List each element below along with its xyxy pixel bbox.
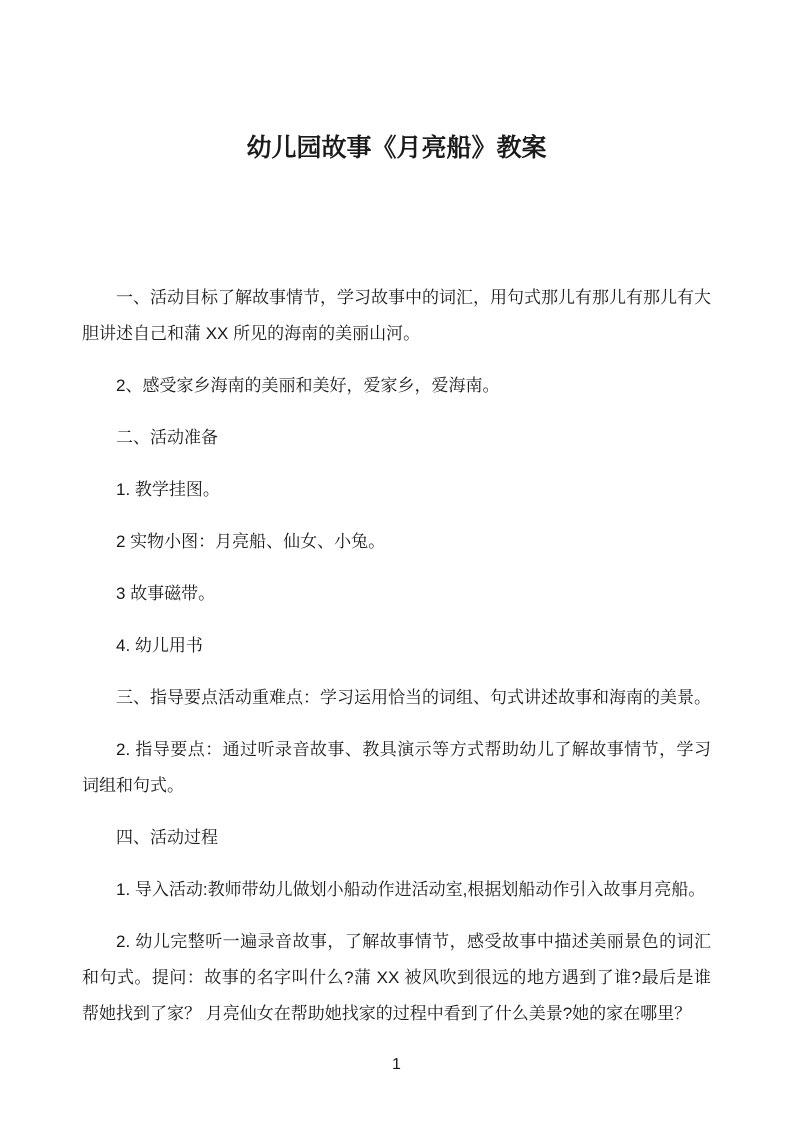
paragraph-activity-goal-2: 2、感受家乡海南的美丽和美好，爱家乡，爱海南。 (82, 368, 711, 404)
paragraph-activity-goal-1: 一、活动目标了解故事情节，学习故事中的词汇，用句式那儿有那儿有那儿有大胆讲述自己… (82, 280, 711, 352)
paragraph-preparation-item-1: 1. 教学挂图。 (82, 472, 711, 508)
paragraph-process-step-2: 2. 幼儿完整听一遍录音故事，了解故事情节，感受故事中描述美丽景色的词汇和句式。… (82, 924, 711, 1032)
paragraph-process-step-1: 1. 导入活动:教师带幼儿做划小船动作进活动室,根据划船动作引入故事月亮船。 (82, 872, 711, 908)
paragraph-guidance-points-1: 三、指导要点活动重难点：学习运用恰当的词组、句式讲述故事和海南的美景。 (82, 680, 711, 716)
paragraph-section-preparation: 二、活动准备 (82, 420, 711, 456)
paragraph-preparation-item-4: 4. 幼儿用书 (82, 628, 711, 664)
paragraph-guidance-points-2: 2. 指导要点：通过听录音故事、教具演示等方式帮助幼儿了解故事情节，学习词组和句… (82, 732, 711, 804)
document-body: 一、活动目标了解故事情节，学习故事中的词汇，用句式那儿有那儿有那儿有大胆讲述自己… (82, 280, 711, 1032)
document-page: 幼儿园故事《月亮船》教案 一、活动目标了解故事情节，学习故事中的词汇，用句式那儿… (0, 0, 793, 1122)
document-title: 幼儿园故事《月亮船》教案 (82, 0, 711, 166)
paragraph-section-process: 四、活动过程 (82, 820, 711, 856)
paragraph-preparation-item-3: 3 故事磁带。 (82, 576, 711, 612)
paragraph-preparation-item-2: 2 实物小图：月亮船、仙女、小兔。 (82, 524, 711, 560)
page-number: 1 (0, 1054, 793, 1076)
